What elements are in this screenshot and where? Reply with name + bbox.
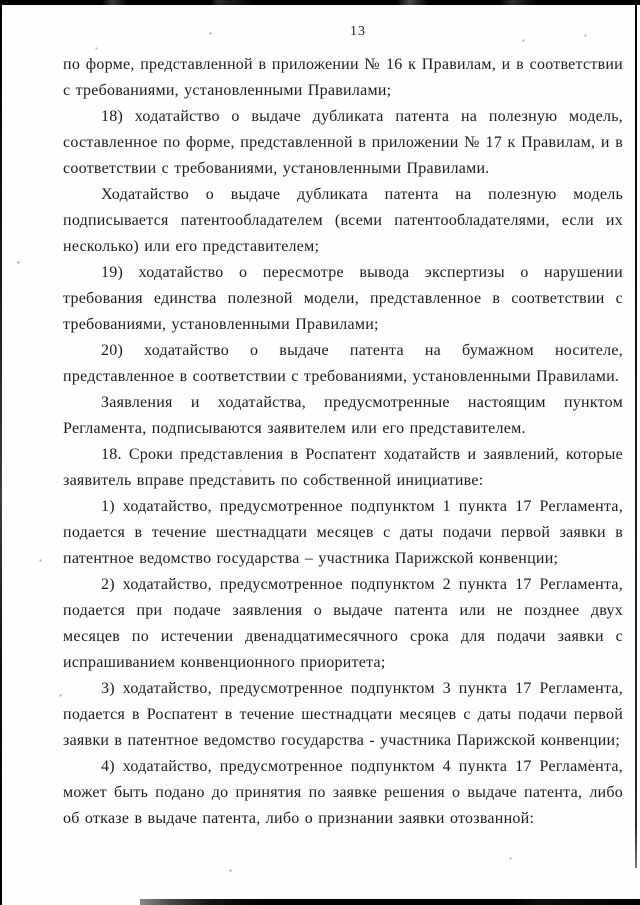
document-body: по форме, представленной в приложении № … <box>63 52 623 832</box>
scan-edge-left <box>0 0 2 905</box>
paragraph-continuation: по форме, представленной в приложении № … <box>63 52 623 104</box>
paragraph-subitem-1: 1) ходатайство, предусмотренное подпункт… <box>63 494 623 572</box>
paragraph-item-20: 20) ходатайство о выдаче патента на бума… <box>63 338 623 390</box>
scan-edge-right <box>635 0 637 868</box>
paragraph-signing-rule: Заявления и ходатайства, предусмотренные… <box>63 390 623 442</box>
paragraph-subitem-4: 4) ходатайство, предусмотренное подпункт… <box>63 754 623 832</box>
paragraph-item-18: 18) ходатайство о выдаче дубликата патен… <box>63 104 623 182</box>
paragraph-clause-18: 18. Сроки представления в Роспатент хода… <box>63 442 623 494</box>
page-number: 13 <box>350 24 366 40</box>
paragraph-item-19: 19) ходатайство о пересмотре вывода эксп… <box>63 260 623 338</box>
paragraph-dublicate-signing: Ходатайство о выдаче дубликата патента н… <box>63 182 623 260</box>
scanned-document-page: 13 по форме, представленной в приложении… <box>0 0 640 905</box>
scan-noise-specks <box>0 0 1 1</box>
paragraph-subitem-3: 3) ходатайство, предусмотренное подпункт… <box>63 676 623 754</box>
scan-edge-top <box>0 0 640 5</box>
paragraph-subitem-2: 2) ходатайство, предусмотренное подпункт… <box>63 572 623 676</box>
scan-edge-bottom <box>140 899 640 905</box>
